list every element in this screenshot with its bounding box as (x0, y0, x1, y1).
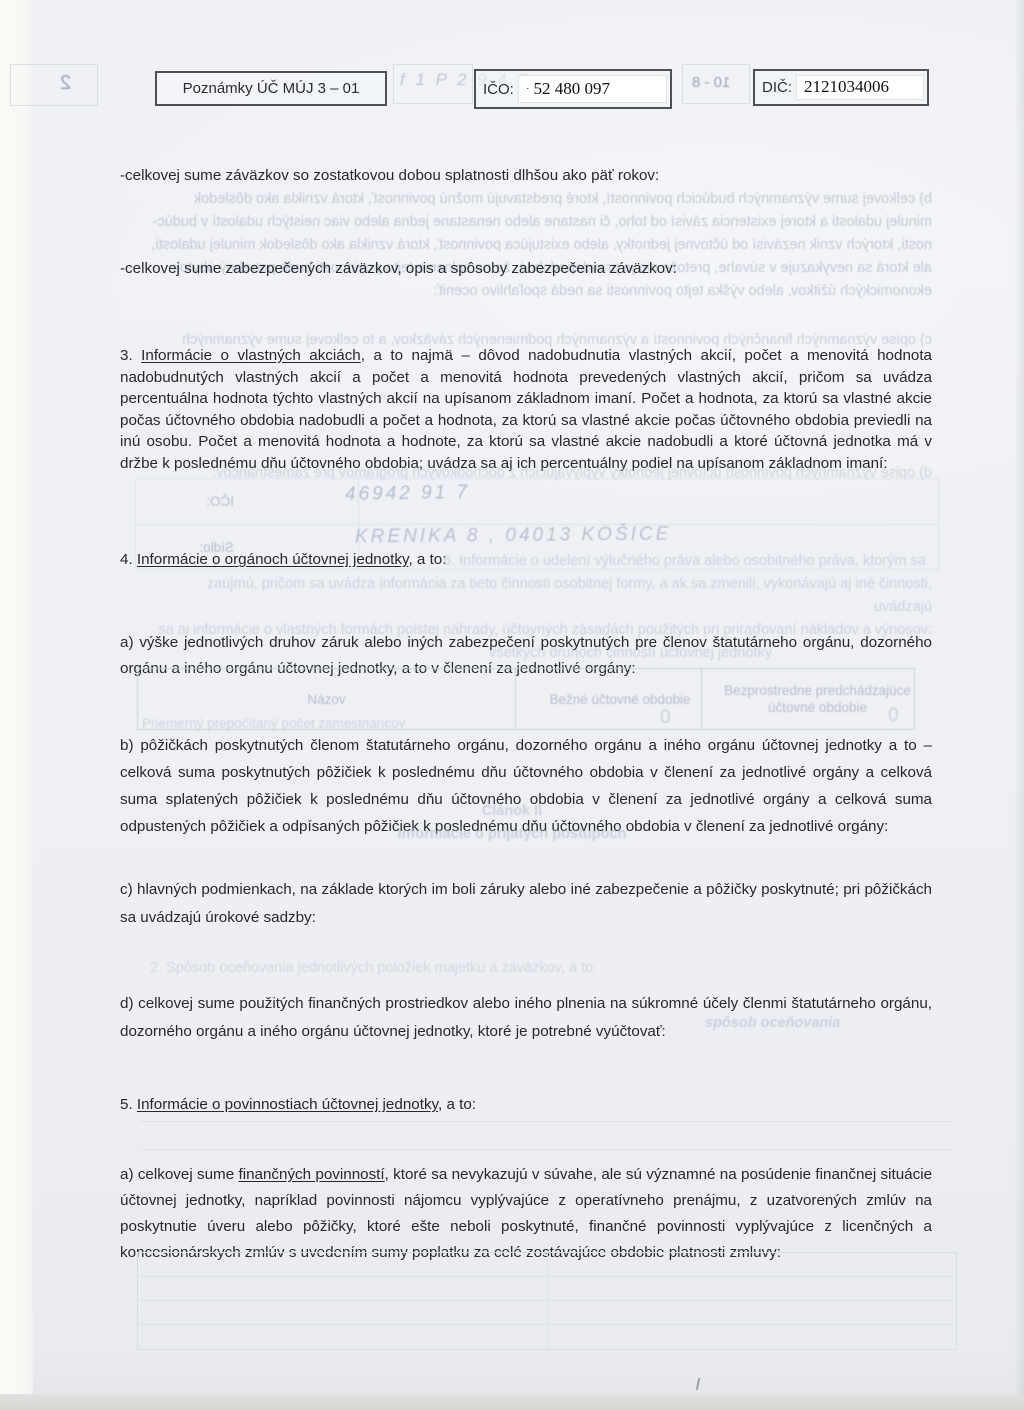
bleed-line: nosti, ktorých vznik nezávisí od účtovne… (118, 234, 932, 257)
ico-label: IČO: (476, 81, 518, 98)
section-3-title: Informácie o vlastných akciách (141, 347, 361, 364)
scan-left-margin (0, 0, 33, 1396)
section-4-title: Informácie o orgánoch účtovnej jednotky (137, 551, 409, 568)
paragraph-liabilities-over-five-years: -celkovej sume záväzkov so zostatkovou d… (120, 165, 932, 187)
bleed-value-current: 0 (660, 706, 671, 729)
dic-value: 2121034006 (804, 77, 889, 97)
section-4-suffix: , a to: (408, 551, 446, 568)
section-3-text: , a to najmä – dôvod nadobudnutia vlastn… (120, 347, 932, 472)
item-a2-underlined: finančných povinností (238, 1166, 384, 1183)
bottom-table-divider (547, 1253, 548, 1349)
section-3-number: 3. (120, 347, 141, 364)
dic-field: 2121034006 (796, 75, 924, 101)
bleed-handwriting-ico: 46942 91 7 (345, 482, 470, 506)
bleed-box-left (10, 64, 98, 106)
section-5-suffix: , a to: (438, 1096, 476, 1113)
form-title: Poznámky ÚČ MÚJ 3 – 01 (183, 80, 360, 97)
ico-field: · 52 480 097 (518, 75, 667, 103)
bleed-clanok-title: Článok II (262, 800, 762, 823)
paragraph-secured-liabilities: -celkovej sume zabezpečených záväzkov, o… (120, 258, 932, 280)
bleed-line-sposob-ocenovania: 2. Spôsob oceňovania jednotlivých položi… (150, 957, 850, 980)
bottom-empty-table (137, 1252, 957, 1350)
section-3-own-shares: 3. Informácie o vlastných akciách, a to … (120, 345, 932, 474)
bleed-right-of-heading4: 6. Informácie o udelení výlučného práva … (443, 550, 933, 573)
faint-rule (140, 1121, 952, 1122)
section-5-number: 5. (120, 1096, 137, 1113)
bleed-mark-left: 2 (60, 72, 71, 95)
item-c-conditions: c) hlavných podmienkach, na základe ktor… (120, 876, 932, 932)
bleed-col-previous: Bezprostredne predchádzajúce účtovné obd… (701, 669, 934, 729)
bleed-handwriting-sidlo: KRENIKA 8 , 04013 KOŠICE (355, 524, 671, 549)
ico-stray-mark: · (526, 83, 530, 95)
bleed-sposob-ocenovania-right: spôsob oceňovania (705, 1012, 840, 1035)
scan-bottom-edge (0, 1394, 1024, 1410)
bleed-value-previous: 0 (888, 704, 899, 727)
ico-value: 52 480 097 (534, 79, 611, 99)
section-5-title: Informácie o povinnostiach účtovnej jedn… (137, 1096, 438, 1113)
bleed-ico-label: IČO: (144, 481, 234, 521)
scanned-document-page: 2 f 1 P 2 9 4 7 10 - 8 Poznámky ÚČ MÚJ 3… (0, 0, 1024, 1410)
bleed-line: ekonomických úžitkov, alebo výška tejto … (118, 280, 932, 303)
bleed-line: minulej udalosti a ktorej existencia záv… (118, 211, 932, 234)
dic-box: DIČ: 2121034006 (753, 69, 929, 106)
bleed-line: zaujmú, pričom sa uvádza informácia za t… (150, 573, 932, 619)
ico-box: IČO: · 52 480 097 (474, 69, 672, 109)
stray-pen-mark (696, 1378, 700, 1390)
section-4-number: 4. (120, 551, 137, 568)
dic-label: DIČ: (755, 79, 796, 96)
bleed-col-current: Bežné účtovné obdobie (515, 669, 725, 729)
item-a-financial-obligations: a) celkovej sume finančných povinností, … (120, 1162, 932, 1266)
faint-rule (140, 1149, 952, 1150)
bleed-mark-right: 10 - 8 (692, 74, 730, 91)
bleed-line: b) celkovej sume významných budúcich pov… (118, 188, 932, 211)
form-title-box: Poznámky ÚČ MÚJ 3 – 01 (155, 71, 387, 106)
item-a2-prefix: a) celkovej sume (120, 1166, 238, 1183)
bleed-paragraph-block: b) celkovej sume významných budúcich pov… (118, 188, 932, 303)
scan-right-edge (1014, 0, 1024, 1410)
bleed-clanok-subtitle: Informácie o prijatých postupoch (262, 823, 762, 846)
section-5-heading: 5. Informácie o povinnostiach účtovnej j… (120, 1094, 720, 1116)
